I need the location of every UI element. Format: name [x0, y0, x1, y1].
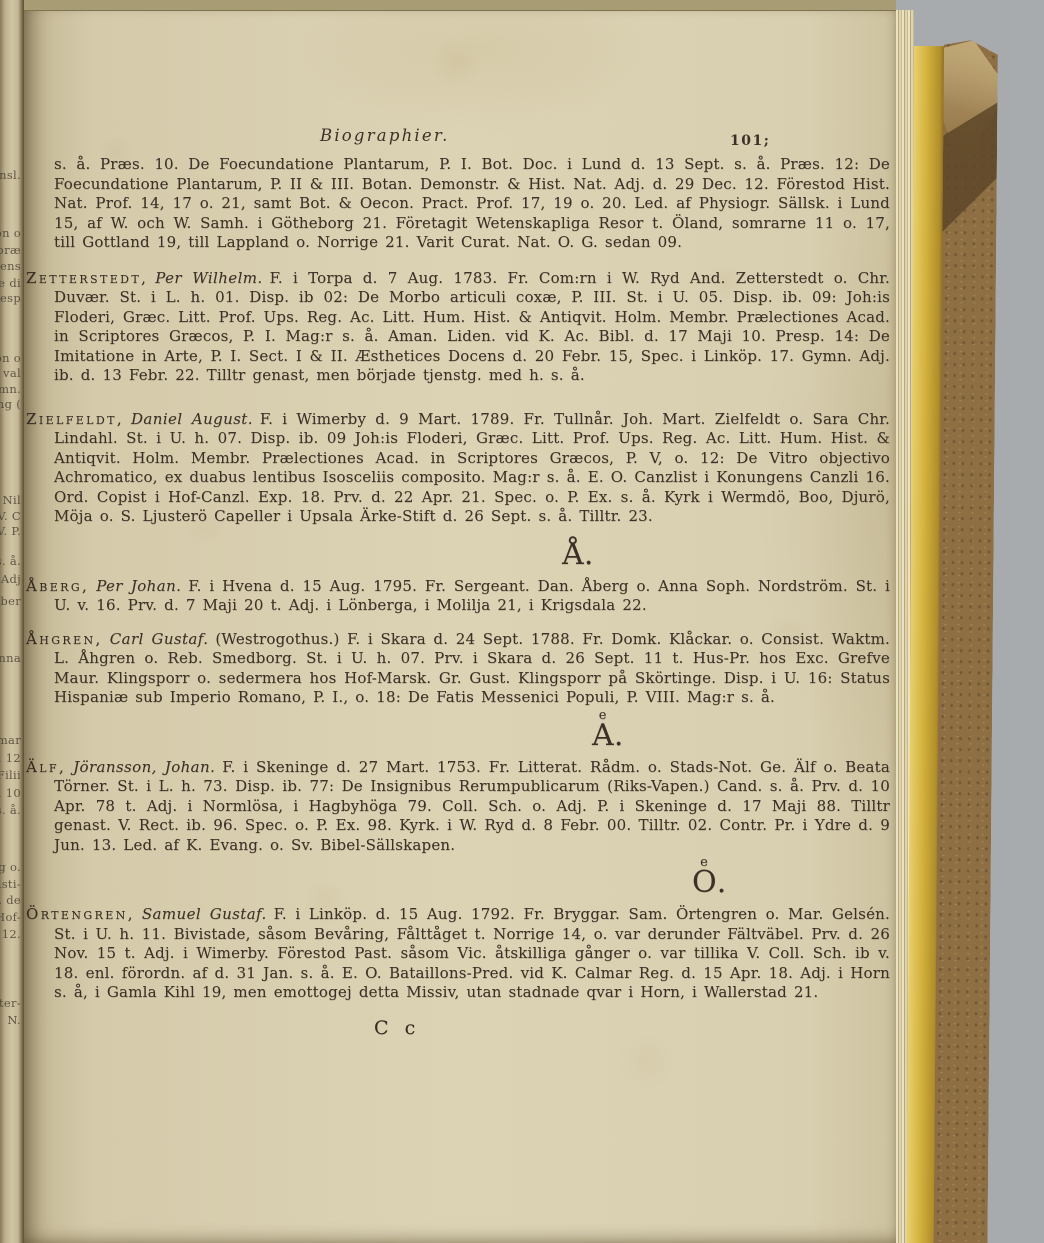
gutter-text-fragment: Filii [0, 768, 21, 782]
gathering-signature: C c [374, 1019, 890, 1039]
gutter-text-fragment: s. å. [0, 554, 21, 568]
entry-given-names: Daniel August. [131, 410, 253, 428]
previous-page-edge: ]önsl. on o præ irens æ di Resp on o er … [0, 0, 24, 1243]
gutter-text-fragment: s. å. [0, 803, 21, 817]
gutter-text-fragment: irens [0, 259, 21, 273]
entry-alf: Älf,Jöransson, Johan.F. i Skeninge d. 27… [54, 758, 890, 856]
gutter-text-fragment: ber [0, 594, 21, 608]
gutter-text-fragment: ]önsl. [0, 168, 21, 182]
entry-given-names: Jöransson, Johan. [73, 758, 215, 776]
entry-surname: Örtengren, [26, 905, 135, 923]
gutter-text-fragment: asti- [0, 877, 21, 891]
continuation-paragraph: s. å. Præs. 10. De Foecundatione Plantar… [54, 155, 890, 253]
gutter-text-fragment: Anna [0, 651, 21, 665]
text-block: s. å. Præs. 10. De Foecundatione Plantar… [54, 155, 890, 1038]
gutter-text-fragment: N. [7, 1013, 21, 1027]
gutter-text-fragment: on o [0, 351, 21, 365]
entry-given-names: Samuel Gustaf. [142, 905, 267, 923]
gutter-text-fragment: er val [0, 366, 21, 380]
gutter-text-fragment: 12. [2, 927, 21, 941]
entry-ahgren: Åhgren,Carl Gustaf.(Westrogothus.) F. i … [54, 630, 890, 708]
gutter-text-fragment: præ [0, 243, 21, 257]
entry-surname: Åberg, [26, 577, 89, 595]
section-heading-o-umlaut: Oe. [54, 865, 890, 901]
gutter-text-fragment: tter- [0, 996, 21, 1010]
gutter-text-fragment: V. P. [0, 524, 21, 538]
gutter-text-fragment: Imar [0, 733, 21, 747]
entry-given-names: Per Wilhelm. [155, 269, 262, 287]
entry-aberg: Åberg,Per Johan.F. i Hvena d. 15 Aug. 17… [54, 577, 890, 616]
gutter-text-fragment: V. C [0, 509, 21, 523]
gutter-text-fragment: Adj [1, 572, 21, 586]
section-letter: A [592, 718, 614, 753]
gutter-text-fragment: g o. [0, 860, 21, 874]
gutter-text-fragment: on o [0, 226, 21, 240]
section-heading-a-ring: Å. [54, 537, 890, 573]
entry-given-names: Per Johan. [96, 577, 181, 595]
entry-given-names: Carl Gustaf. [110, 630, 209, 648]
entry-surname: Zielfeldt, [26, 410, 124, 428]
gutter-text-fragment: ng ( [0, 397, 21, 411]
page-top-edge [24, 0, 896, 11]
old-style-diacritic: e [599, 709, 607, 722]
section-suffix: . [614, 718, 624, 753]
entry-zetterstedt: Zetterstedt,Per Wilhelm.F. i Torpa d. 7 … [54, 269, 890, 386]
gutter-text-fragment: . 10 [0, 786, 21, 800]
gutter-text-fragment: Nil [3, 493, 21, 507]
gutter-text-fragment: . de [0, 893, 21, 907]
old-style-diacritic: e [700, 856, 708, 869]
book-page: Biographier. 101; s. å. Præs. 10. De Foe… [24, 0, 896, 1243]
gutter-text-fragment: mn. [0, 382, 21, 396]
section-letter: Å [562, 537, 584, 572]
entry-surname: Älf, [26, 758, 66, 776]
section-heading-a-umlaut: Ae. [54, 718, 890, 754]
scanned-book-photo: ]önsl. on o præ irens æ di Resp on o er … [0, 0, 1044, 1243]
entry-ortengren: Örtengren,Samuel Gustaf.F. i Linköp. d. … [54, 905, 890, 1003]
section-suffix: . [584, 537, 594, 572]
gutter-text-fragment: Hof- [0, 910, 21, 924]
gutter-text-fragment: æ di [0, 276, 21, 290]
entry-surname: Åhgren, [26, 630, 103, 648]
paper-stains [24, 0, 28, 4]
section-letter: O [692, 865, 717, 900]
entry-surname: Zetterstedt, [26, 269, 148, 287]
page-number: 101; [730, 133, 770, 149]
running-head: Biographier. [320, 126, 450, 145]
gutter-text-fragment: l. 12 [0, 751, 21, 765]
section-suffix: . [717, 865, 727, 900]
book-cover-board [934, 40, 998, 1243]
entry-zielfeldt: Zielfeldt,Daniel August.F. i Wimerby d. … [54, 410, 890, 527]
gutter-text-fragment: Resp [0, 291, 21, 305]
